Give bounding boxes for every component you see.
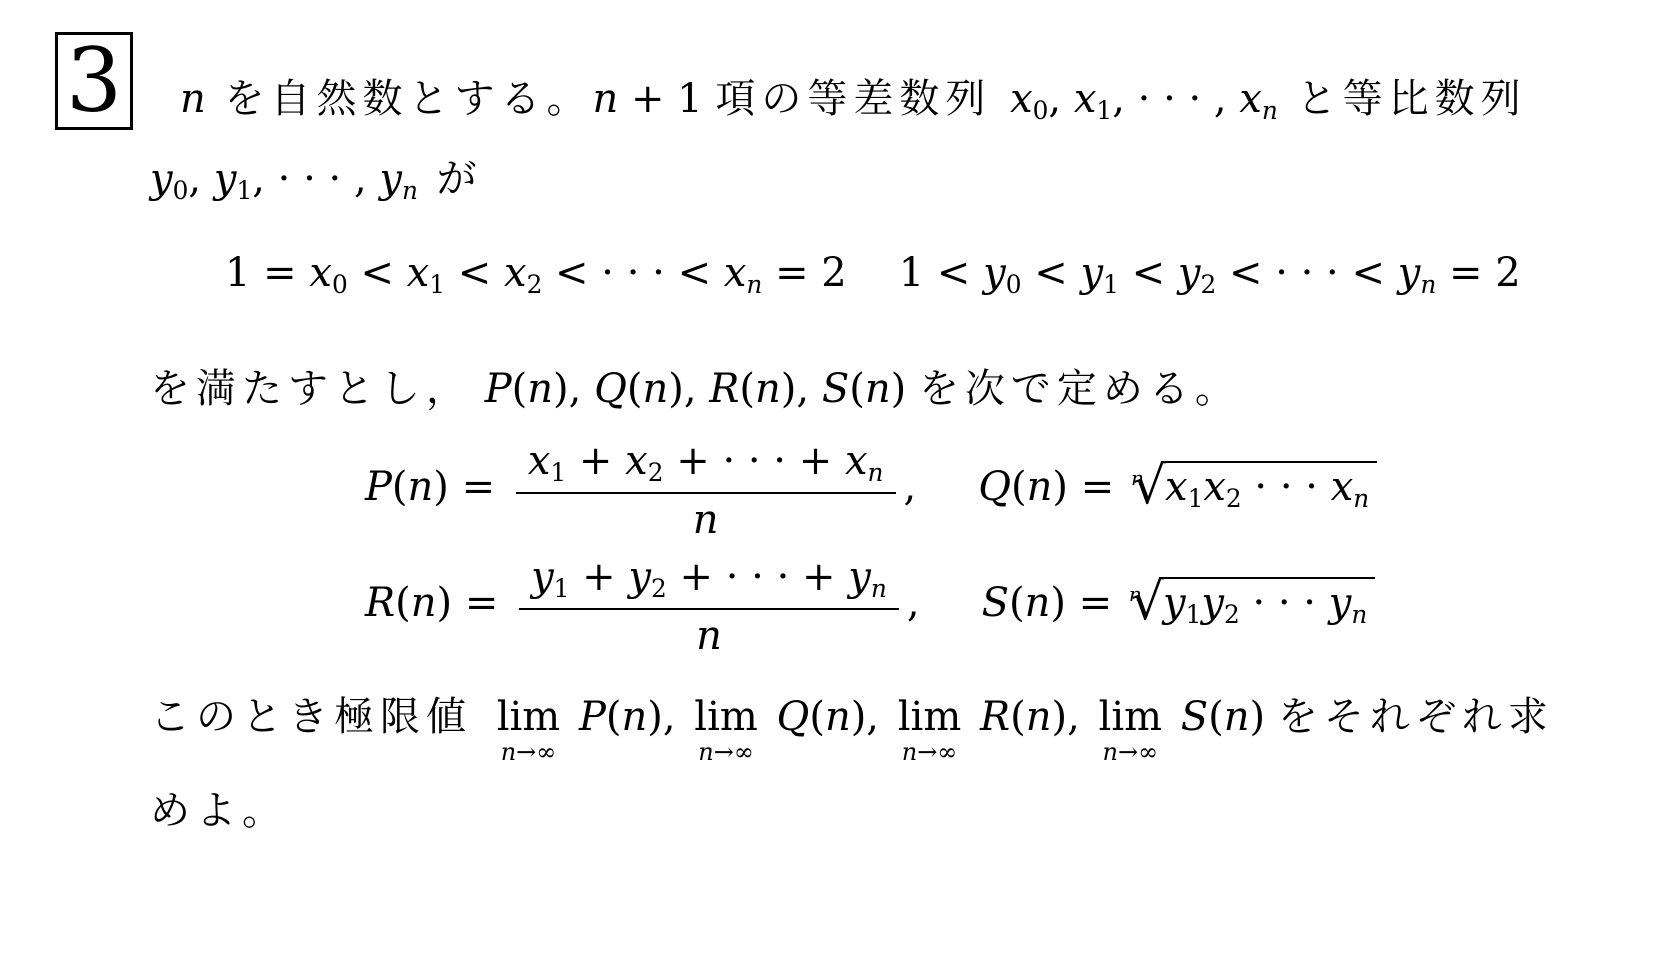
definition-Q: Q(n) = n√x1x2 · · · xn xyxy=(978,460,1377,513)
problem-sheet: 3 n を自然数とする。n + 1 項の等差数列 x0, x1, · · · ,… xyxy=(0,0,1665,955)
question-line-1: このとき極限値 limn→∞ P(n), limn→∞ Q(n), limn→∞… xyxy=(150,692,1554,764)
intro-line-2: y0, y1, · · · , yn が xyxy=(150,154,483,207)
definition-row-pq: P(n) = x1 + x2 + · · · + xnn, Q(n) = n√x… xyxy=(365,438,1377,542)
problem-number: 3 xyxy=(66,37,122,125)
definition-row-rs: R(n) = y1 + y2 + · · · + ynn, S(n) = n√y… xyxy=(365,554,1375,658)
condition-y-chain: 1 < y0 < y1 < y2 < · · · < yn = 2 xyxy=(899,248,1521,301)
question-line-2: めよ。 xyxy=(150,786,288,836)
definition-S: S(n) = n√y1y2 · · · yn xyxy=(982,576,1376,629)
intro-line-1: n を自然数とする。n + 1 項の等差数列 x0, x1, · · · , x… xyxy=(180,74,1527,127)
condition-x-chain: 1 = x0 < x1 < x2 < · · · < xn = 2 xyxy=(225,248,847,301)
definition-R: R(n) = y1 + y2 + · · · + ynn, xyxy=(365,554,920,658)
definition-P: P(n) = x1 + x2 + · · · + xnn, xyxy=(365,438,916,542)
definitions-intro: を満たすとし， P(n), Q(n), R(n), S(n) を次で定める。 xyxy=(150,364,1241,414)
problem-number-box: 3 xyxy=(55,32,133,130)
condition-equation: 1 = x0 < x1 < x2 < · · · < xn = 2 1 < y0… xyxy=(225,248,1521,301)
